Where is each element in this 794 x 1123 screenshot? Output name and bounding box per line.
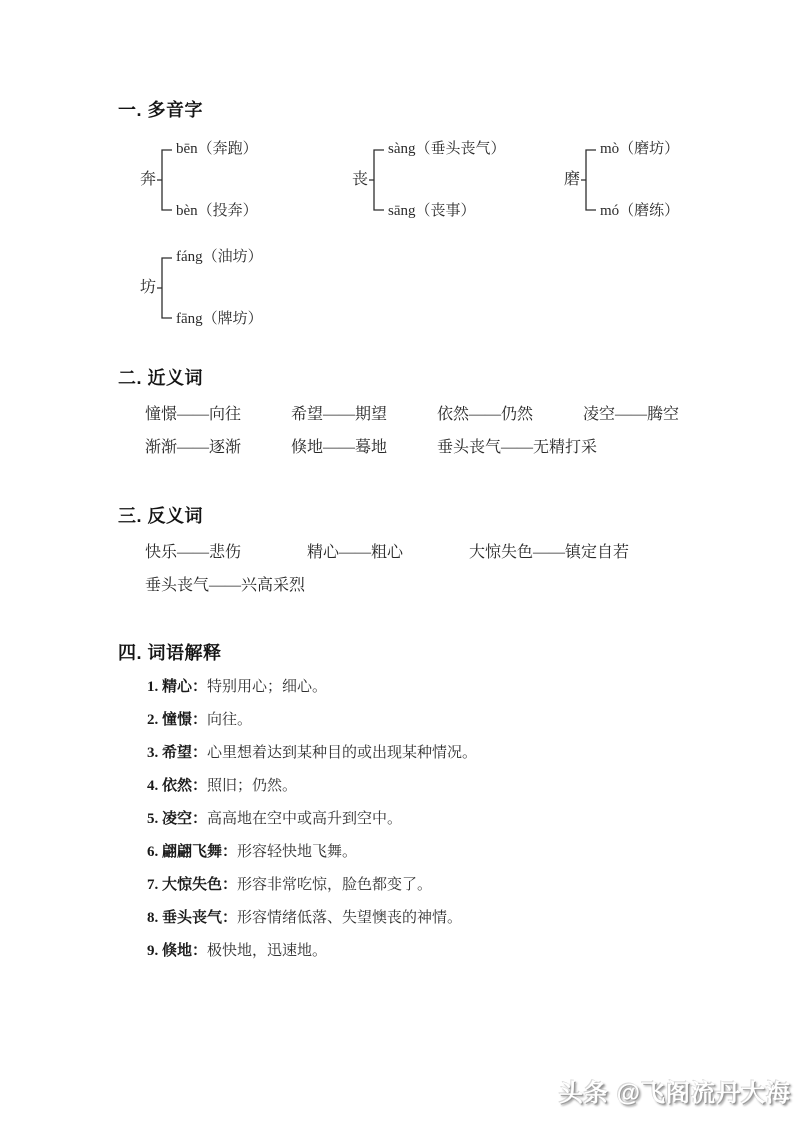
definition-term: 9. 倏地： <box>147 943 207 959</box>
synonym-pair: 依然——仍然 <box>437 405 583 425</box>
synonym-pair: 凌空——腾空 <box>583 405 679 425</box>
antonym-pair: 精心——粗心 <box>307 543 469 563</box>
definition-term: 3. 希望： <box>147 745 207 761</box>
definition-term: 2. 憧憬： <box>147 712 207 728</box>
definition-term: 7. 大惊失色： <box>147 877 237 893</box>
section-4-heading: 四. 词语解释 <box>118 641 704 665</box>
pinyin-entry-top: mò（磨坊） <box>600 141 679 157</box>
section-2-heading: 二. 近义词 <box>118 366 704 390</box>
bracket-icon <box>157 256 173 320</box>
definition-item: 1. 精心：特别用心；细心。 <box>147 677 704 698</box>
synonym-pair: 憧憬——向往 <box>145 405 291 425</box>
definition-text: 极快地，迅速地。 <box>207 943 327 959</box>
definition-text: 形容情绪低落、失望懊丧的神情。 <box>237 910 462 926</box>
polyphonic-group-mo: 磨 mò（磨坊） mó（磨练） <box>564 141 679 219</box>
definition-item: 4. 依然：照旧；仍然。 <box>147 776 704 797</box>
definition-item: 3. 希望：心里想着达到某种目的或出现某种情况。 <box>147 743 704 764</box>
definition-term: 8. 垂头丧气： <box>147 910 237 926</box>
definition-text: 形容轻快地飞舞。 <box>237 844 357 860</box>
pinyin-entry-bottom: fāng（牌坊） <box>176 311 263 327</box>
pinyin-entries: bēn（奔跑） bèn（投奔） <box>176 141 258 219</box>
polyphonic-row-2: 坊 fáng（油坊） fāng（牌坊） <box>140 249 704 327</box>
pinyin-entries: sàng（垂头丧气） sāng（丧事） <box>388 141 506 219</box>
definition-item: 9. 倏地：极快地，迅速地。 <box>147 941 704 962</box>
definition-term: 5. 凌空： <box>147 811 207 827</box>
document-content: 一. 多音字 奔 bēn（奔跑） bèn（投奔） 丧 sàng（垂头丧气） sā… <box>118 98 704 962</box>
synonym-pair: 希望——期望 <box>291 405 437 425</box>
bracket-icon <box>157 148 173 212</box>
definition-item: 2. 憧憬：向往。 <box>147 710 704 731</box>
antonym-pair: 大惊失色——镇定自若 <box>469 543 629 563</box>
antonym-row-1: 快乐——悲伤 精心——粗心 大惊失色——镇定自若 <box>145 543 704 563</box>
polyphonic-char: 奔 <box>140 172 156 188</box>
definition-item: 6. 翩翩飞舞：形容轻快地飞舞。 <box>147 842 704 863</box>
definition-item: 8. 垂头丧气：形容情绪低落、失望懊丧的神情。 <box>147 908 704 929</box>
section-antonyms: 三. 反义词 快乐——悲伤 精心——粗心 大惊失色——镇定自若 垂头丧气——兴高… <box>118 504 704 596</box>
definition-item: 7. 大惊失色：形容非常吃惊，脸色都变了。 <box>147 875 704 896</box>
definition-text: 特别用心；细心。 <box>207 679 327 695</box>
definition-term: 4. 依然： <box>147 778 207 794</box>
polyphonic-group-sang: 丧 sàng（垂头丧气） sāng（丧事） <box>352 141 564 219</box>
synonym-pair: 渐渐——逐渐 <box>145 438 291 458</box>
pinyin-entry-bottom: bèn（投奔） <box>176 203 258 219</box>
pinyin-entry-top: bēn（奔跑） <box>176 141 258 157</box>
document-page: 一. 多音字 奔 bēn（奔跑） bèn（投奔） 丧 sàng（垂头丧气） sā… <box>0 0 794 1123</box>
pinyin-entry-top: fáng（油坊） <box>176 249 263 265</box>
antonym-row-2: 垂头丧气——兴高采烈 <box>145 576 704 596</box>
polyphonic-char: 坊 <box>140 280 156 296</box>
synonym-row-1: 憧憬——向往 希望——期望 依然——仍然 凌空——腾空 <box>145 405 704 425</box>
antonym-pair: 快乐——悲伤 <box>145 543 307 563</box>
definition-text: 向往。 <box>207 712 252 728</box>
section-1-heading: 一. 多音字 <box>118 98 704 122</box>
section-definitions: 四. 词语解释 1. 精心：特别用心；细心。 2. 憧憬：向往。 3. 希望：心… <box>118 641 704 962</box>
pinyin-entry-bottom: sāng（丧事） <box>388 203 506 219</box>
definition-text: 心里想着达到某种目的或出现某种情况。 <box>207 745 477 761</box>
polyphonic-group-fang: 坊 fáng（油坊） fāng（牌坊） <box>140 249 352 327</box>
pinyin-entries: fáng（油坊） fāng（牌坊） <box>176 249 263 327</box>
definition-list: 1. 精心：特别用心；细心。 2. 憧憬：向往。 3. 希望：心里想着达到某种目… <box>118 677 704 962</box>
polyphonic-row-1: 奔 bēn（奔跑） bèn（投奔） 丧 sàng（垂头丧气） sāng（丧事） … <box>140 141 704 219</box>
bracket-icon <box>369 148 385 212</box>
synonym-pair: 倏地——蓦地 <box>291 438 437 458</box>
section-synonyms: 二. 近义词 憧憬——向往 希望——期望 依然——仍然 凌空——腾空 渐渐——逐… <box>118 366 704 458</box>
pinyin-entry-top: sàng（垂头丧气） <box>388 141 506 157</box>
section-3-heading: 三. 反义词 <box>118 504 704 528</box>
definition-text: 高高地在空中或高升到空中。 <box>207 811 402 827</box>
antonym-pair: 垂头丧气——兴高采烈 <box>145 576 305 596</box>
pinyin-entry-bottom: mó（磨练） <box>600 203 679 219</box>
definition-item: 5. 凌空：高高地在空中或高升到空中。 <box>147 809 704 830</box>
polyphonic-char: 丧 <box>352 172 368 188</box>
synonym-row-2: 渐渐——逐渐 倏地——蓦地 垂头丧气——无精打采 <box>145 438 704 458</box>
polyphonic-group-ben: 奔 bēn（奔跑） bèn（投奔） <box>140 141 352 219</box>
polyphonic-char: 磨 <box>564 172 580 188</box>
definition-term: 1. 精心： <box>147 679 207 695</box>
definition-text: 照旧；仍然。 <box>207 778 297 794</box>
synonym-pair: 垂头丧气——无精打采 <box>437 438 597 458</box>
pinyin-entries: mò（磨坊） mó（磨练） <box>600 141 679 219</box>
definition-term: 6. 翩翩飞舞： <box>147 844 237 860</box>
watermark: 头条 @飞阁流丹大海 <box>559 1073 791 1108</box>
definition-text: 形容非常吃惊，脸色都变了。 <box>237 877 432 893</box>
bracket-icon <box>581 148 597 212</box>
